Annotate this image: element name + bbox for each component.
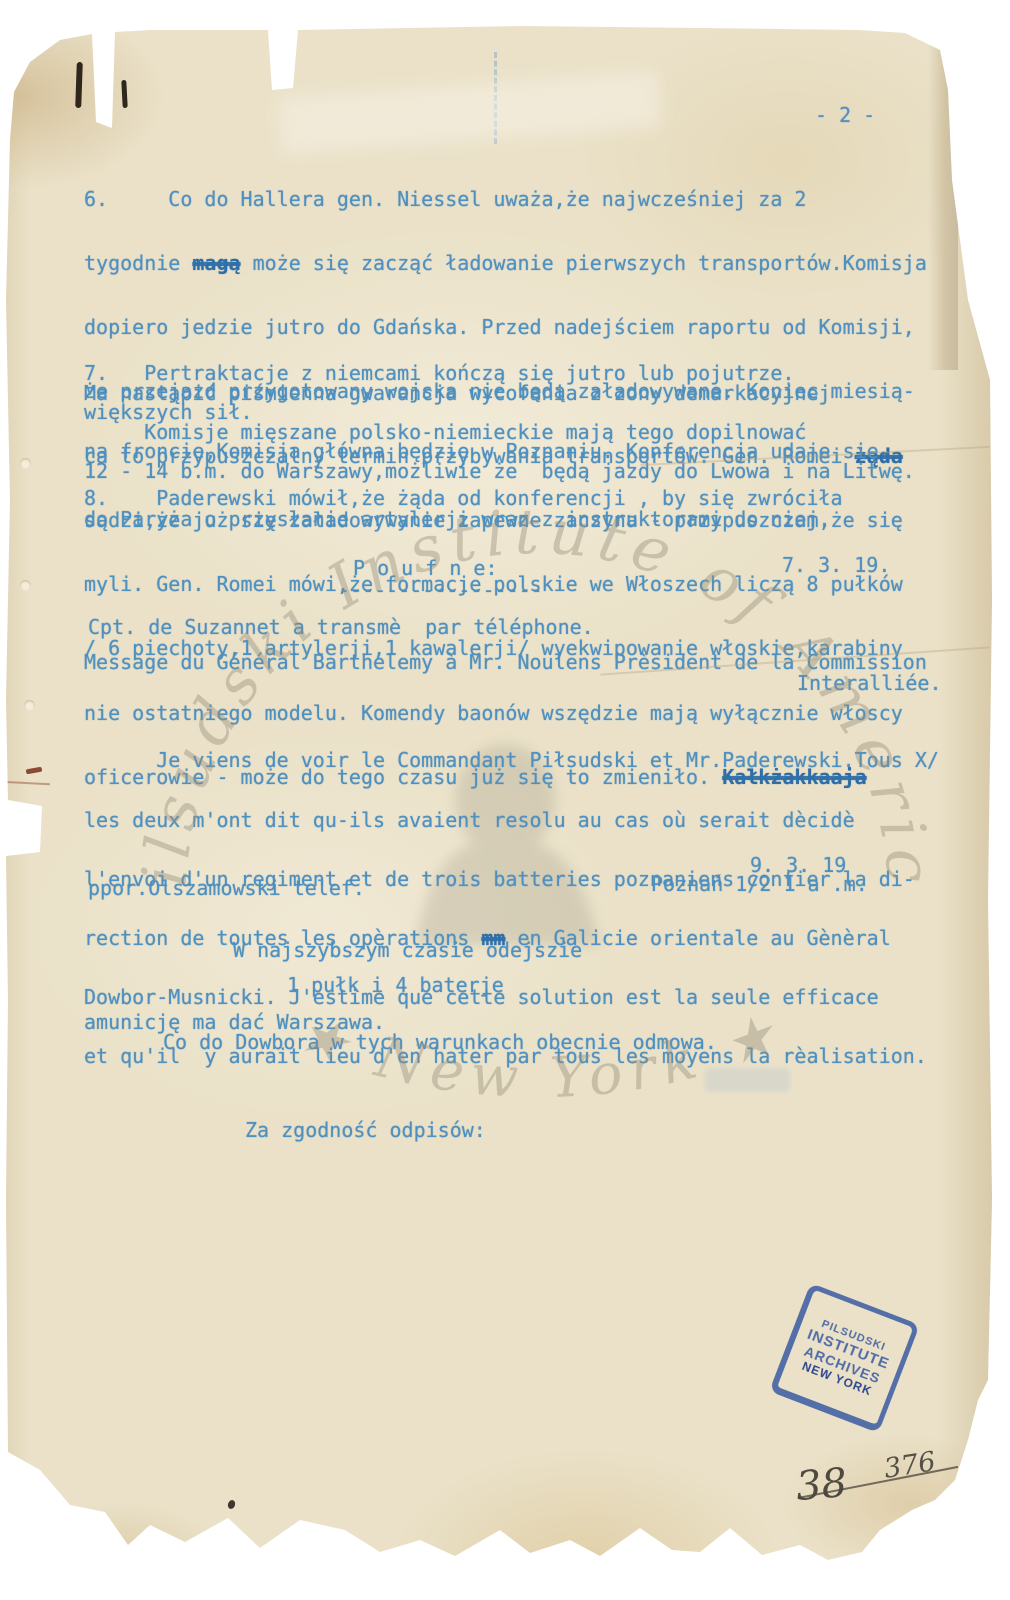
french-line: Dowbor-Musnicki. J'estime que cette solu… <box>84 988 939 1008</box>
ppor-olszamowski-line: ppor.Olszamowski telef. <box>88 876 365 900</box>
ink-drip <box>121 80 127 108</box>
dark-fleck <box>227 1499 237 1510</box>
punch-hole <box>20 580 31 591</box>
cpt-suzannet-line: Cpt. de Suzannet a transmè par téléphone… <box>88 615 594 639</box>
archive-stamp: PILSUDSKI INSTITUTE ARCHIVES NEW YORK <box>769 1283 920 1433</box>
paragraph-6-line: tygodnie magą może się zacząć ładowanie … <box>84 253 927 274</box>
confidential-underline: ----------------- <box>338 578 543 602</box>
note-line-2: 1 pułk i 4 baterje <box>287 973 504 997</box>
note-line-1: W najszybszym czasie odejszie <box>233 938 582 962</box>
note-line-4: Co do Dowbora w tych warunkach obecnie o… <box>163 1030 717 1054</box>
french-line: Je viens de voir le Commandant Piłsudski… <box>84 751 939 771</box>
paragraph-6-line: 6. Co do Hallera gen. Niessel uważa,że n… <box>84 189 927 210</box>
paper-sheet: - 2 - 6. Co do Hallera gen. Niessel uważ… <box>0 0 1010 1600</box>
ink-smudge <box>705 1068 790 1092</box>
edge-shadow <box>928 40 958 370</box>
scanned-document-page: - 2 - 6. Co do Hallera gen. Niessel uważ… <box>0 0 1010 1600</box>
pencil-crossed-number: 38 <box>794 1460 849 1510</box>
pencil-number: 376 <box>882 1446 938 1485</box>
paragraph-7: 7. Pertraktacje z niemcami kończą się ju… <box>84 364 915 481</box>
ink-drip <box>75 62 83 108</box>
paragraph-6-line: dopiero jedzie jutro do Gdańska. Przed n… <box>84 317 927 338</box>
pencil-squiggle <box>958 1501 987 1526</box>
certification-label: Za zgodność odpisów: <box>245 1118 486 1142</box>
page-number: - 2 - <box>815 103 875 127</box>
scuff-highlight <box>279 72 662 153</box>
paragraph-8: 8. Paderewski mówił,że żąda od konferenc… <box>84 488 843 529</box>
crease-line <box>0 781 50 786</box>
confidential-label: P o u f n e: <box>353 556 498 580</box>
french-line: les deux m'ont dit qu-ils avaient resolu… <box>84 811 939 831</box>
punch-hole <box>24 700 35 711</box>
interalliee-line: Interalliée. <box>797 671 942 695</box>
poznan-place-time: Poznań 1/2 1 a .m. <box>651 872 868 896</box>
struck-word: magą <box>192 251 240 275</box>
rust-mark <box>26 767 43 775</box>
ink-dot <box>3 500 9 507</box>
punch-hole <box>20 458 31 469</box>
date-7-3-19: 7. 3. 19. <box>782 553 890 577</box>
